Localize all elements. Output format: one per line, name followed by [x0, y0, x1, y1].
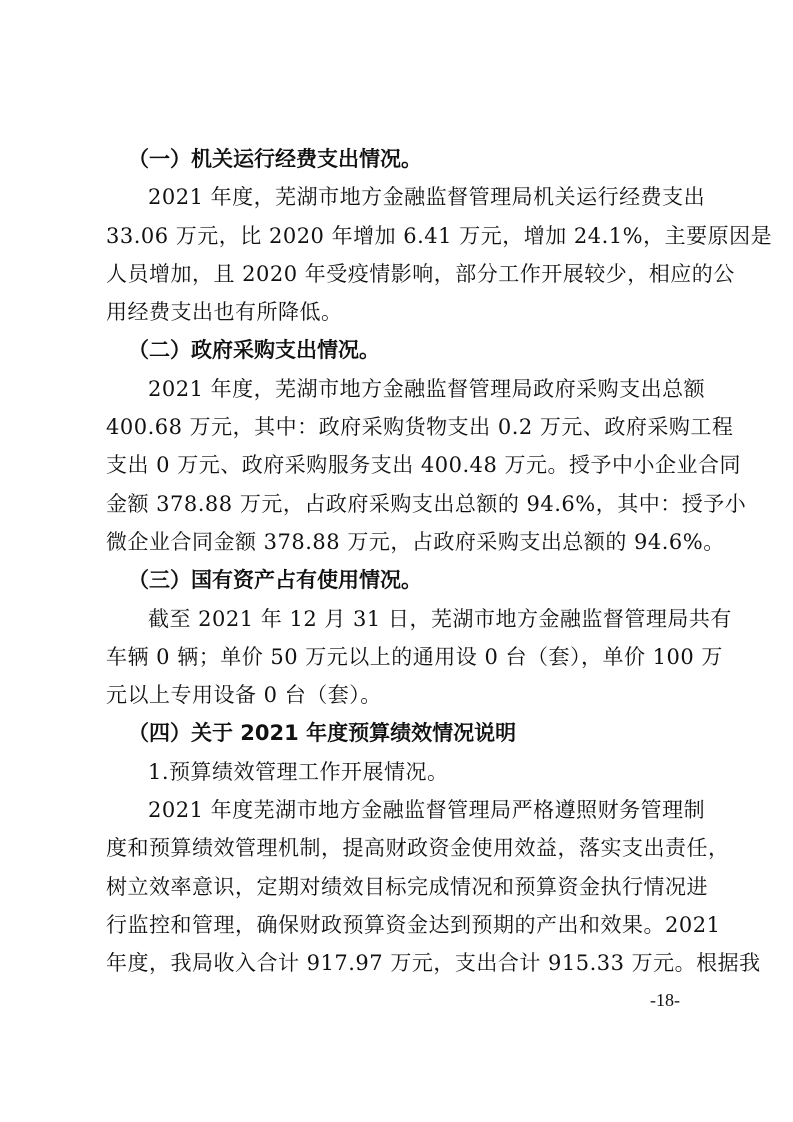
- section-heading: （三）国有资产占有使用情况。: [106, 561, 690, 599]
- paragraph-line: 2021 年度，芜湖市地方金融监督管理局政府采购支出总额: [106, 370, 690, 408]
- paragraph-line: 33.06 万元，比 2020 年增加 6.41 万元，增加 24.1%，主要原…: [106, 217, 690, 255]
- paragraph-line: 元以上专用设备 0 台（套）。: [106, 676, 690, 714]
- paragraph-line: 车辆 0 辆；单价 50 万元以上的通用设 0 台（套），单价 100 万: [106, 638, 690, 676]
- paragraph-line: 支出 0 万元、政府采购服务支出 400.48 万元。授予中小企业合同: [106, 446, 690, 484]
- paragraph-line: 树立效率意识，定期对绩效目标完成情况和预算资金执行情况进: [106, 868, 690, 906]
- subsection-heading: 1.预算绩效管理工作开展情况。: [106, 753, 690, 791]
- page-number: -18-: [650, 990, 680, 1011]
- paragraph-line: 用经费支出也有所降低。: [106, 293, 690, 331]
- paragraph-line: 截至 2021 年 12 月 31 日，芜湖市地方金融监督管理局共有: [106, 600, 690, 638]
- section-heading: （四）关于 2021 年度预算绩效情况说明: [106, 714, 690, 752]
- section-heading: （一）机关运行经费支出情况。: [106, 140, 690, 178]
- section-heading: （二）政府采购支出情况。: [106, 331, 690, 369]
- paragraph-line: 行监控和管理，确保财政预算资金达到预期的产出和效果。2021: [106, 906, 690, 944]
- paragraph-line: 人员增加，且 2020 年受疫情影响，部分工作开展较少，相应的公: [106, 255, 690, 293]
- paragraph-line: 金额 378.88 万元，占政府采购支出总额的 94.6%，其中：授予小: [106, 485, 690, 523]
- paragraph-line: 400.68 万元，其中：政府采购货物支出 0.2 万元、政府采购工程: [106, 408, 690, 446]
- paragraph-line: 2021 年度，芜湖市地方金融监督管理局机关运行经费支出: [106, 178, 690, 216]
- document-page: （一）机关运行经费支出情况。 2021 年度，芜湖市地方金融监督管理局机关运行经…: [106, 140, 690, 983]
- paragraph-line: 度和预算绩效管理机制，提高财政资金使用效益，落实支出责任，: [106, 829, 690, 867]
- paragraph-line: 微企业合同金额 378.88 万元，占政府采购支出总额的 94.6%。: [106, 523, 690, 561]
- paragraph-line: 年度，我局收入合计 917.97 万元，支出合计 915.33 万元。根据我: [106, 944, 690, 982]
- paragraph-line: 2021 年度芜湖市地方金融监督管理局严格遵照财务管理制: [106, 791, 690, 829]
